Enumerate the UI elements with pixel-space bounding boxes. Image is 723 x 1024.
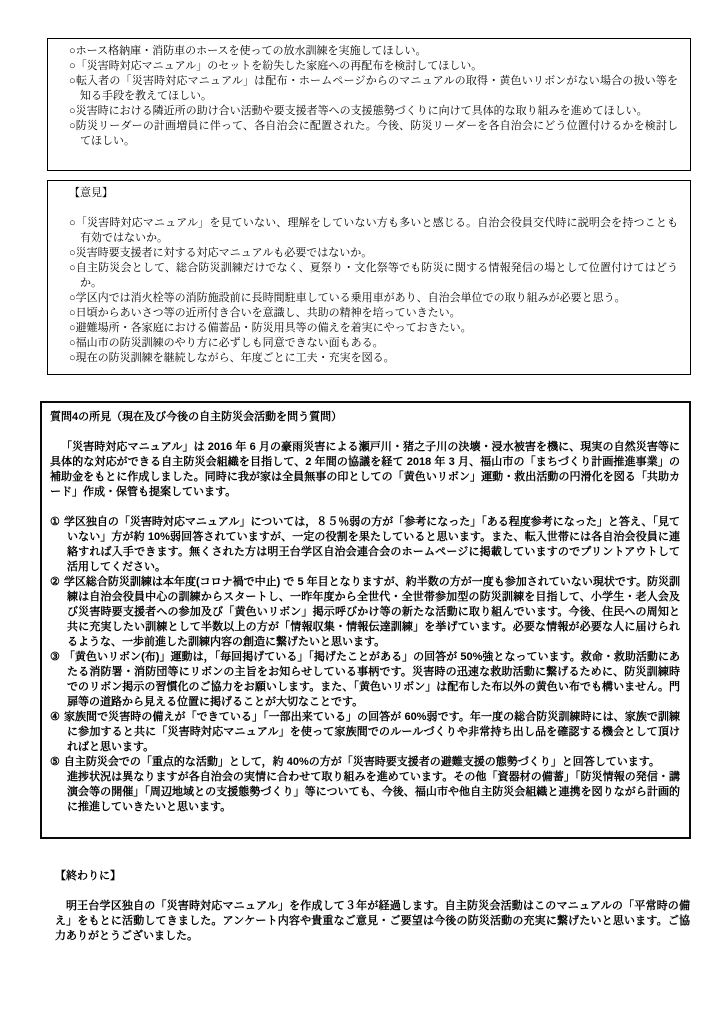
request-item: ○ホース格納庫・消防車のホースを使っての放水訓練を実施してほしい。: [69, 44, 678, 59]
item-number: ⑤: [50, 756, 60, 768]
opinions-box: 【意見】 ○「災害時対応マニュアル」を見ていない、理解をしていない方も多いと感じ…: [47, 180, 691, 375]
item-number: ①: [50, 516, 60, 528]
opinion-item: ○災害時要支援者に対する対応マニュアルも必要ではないか。: [69, 246, 678, 261]
item-number: ②: [50, 576, 60, 588]
closing-body: 明王台学区独自の「災害時対応マニュアル」を作成して３年が経過します。自主防災会活…: [55, 899, 690, 944]
opinion-item: ○日頃からあいさつ等の近所付き合いを意識し、共助の精神を培っていきたい。: [69, 306, 678, 321]
opinion-item: ○学区内では消火栓等の消防施設前に長時間駐車している乗用車があり、自治会単位での…: [69, 291, 678, 306]
finding-item-3: ③「黄色いリボン(布)」運動は，「毎回掲げている」「掲げたことがある」の回答が …: [50, 650, 680, 710]
item-number: ③: [50, 651, 60, 663]
item-text: 学区総合防災訓練は本年度(コロナ禍で中止) で 5 年目となりますが、約半数の方…: [64, 576, 680, 648]
closing-heading: 【終わりに】: [55, 869, 690, 884]
requests-box: ○ホース格納庫・消防車のホースを使っての放水訓練を実施してほしい。 ○「災害時対…: [47, 38, 691, 171]
closing-section: 【終わりに】 明王台学区独自の「災害時対応マニュアル」を作成して３年が経過します…: [55, 869, 690, 944]
findings-intro: 「災害時対応マニュアル」は 2016 年 6 月の豪雨災害による瀬戸川・猪之子川…: [50, 440, 680, 500]
opinion-item: ○自主防災会として、総合防災訓練だけでなく、夏祭り・文化祭等でも防災に関する情報…: [69, 261, 678, 291]
request-item: ○「災害時対応マニュアル」のセットを紛失した家庭への再配布を検討してほしい。: [69, 59, 678, 74]
opinion-item: ○福山市の防災訓練のやり方に必ずしも同意できない面もある。: [69, 336, 678, 351]
item-text: 自主防災会での「重点的な活動」として，約 40%の方が「災害時要支援者の避難支援…: [64, 756, 660, 768]
request-item: ○災害時における隣近所の助け合い活動や要支援者等への支援態勢づくりに向けて具体的…: [69, 104, 678, 119]
finding-item-5-followup: 進捗状況は異なりますが各自治会の実情に合わせて取り組みを進めています。その他「資…: [67, 770, 680, 815]
findings-title: 質問4の所見（現在及び今後の自主防災会活動を問う質問）: [50, 410, 680, 425]
item-text: 家族間で災害時の備えが「できている」「一部出来ている」の回答が 60%弱です。年…: [64, 711, 680, 753]
document-page: ○ホース格納庫・消防車のホースを使っての放水訓練を実施してほしい。 ○「災害時対…: [0, 0, 723, 1024]
item-text: 学区独自の「災害時対応マニュアル」については，８５％弱の方が「参考になった」「あ…: [64, 516, 680, 573]
item-number: ④: [50, 711, 60, 723]
opinion-item: ○「災害時対応マニュアル」を見ていない、理解をしていない方も多いと感じる。自治会…: [69, 216, 678, 246]
opinions-heading: 【意見】: [69, 186, 678, 201]
opinion-item: ○現在の防災訓練を継続しながら、年度ごとに工夫・充実を図る。: [69, 351, 678, 366]
request-item: ○防災リーダーの計画増員に伴って、各自治会に配置された。今後、防災リーダーを各自…: [69, 119, 678, 149]
finding-item-1: ①学区独自の「災害時対応マニュアル」については，８５％弱の方が「参考になった」「…: [50, 515, 680, 575]
finding-item-4: ④家族間で災害時の備えが「できている」「一部出来ている」の回答が 60%弱です。…: [50, 710, 680, 755]
request-item: ○転入者の「災害時対応マニュアル」は配布・ホームページからのマニュアルの取得・黄…: [69, 74, 678, 104]
opinion-item: ○避難場所・各家庭における備蓄品・防災用具等の備えを着実にやっておきたい。: [69, 321, 678, 336]
finding-item-5: ⑤自主防災会での「重点的な活動」として，約 40%の方が「災害時要支援者の避難支…: [50, 755, 680, 770]
finding-item-2: ②学区総合防災訓練は本年度(コロナ禍で中止) で 5 年目となりますが、約半数の…: [50, 575, 680, 650]
findings-box: 質問4の所見（現在及び今後の自主防災会活動を問う質問） 「災害時対応マニュアル」…: [40, 401, 691, 839]
item-text: 「黄色いリボン(布)」運動は，「毎回掲げている」「掲げたことがある」の回答が 5…: [64, 651, 680, 708]
